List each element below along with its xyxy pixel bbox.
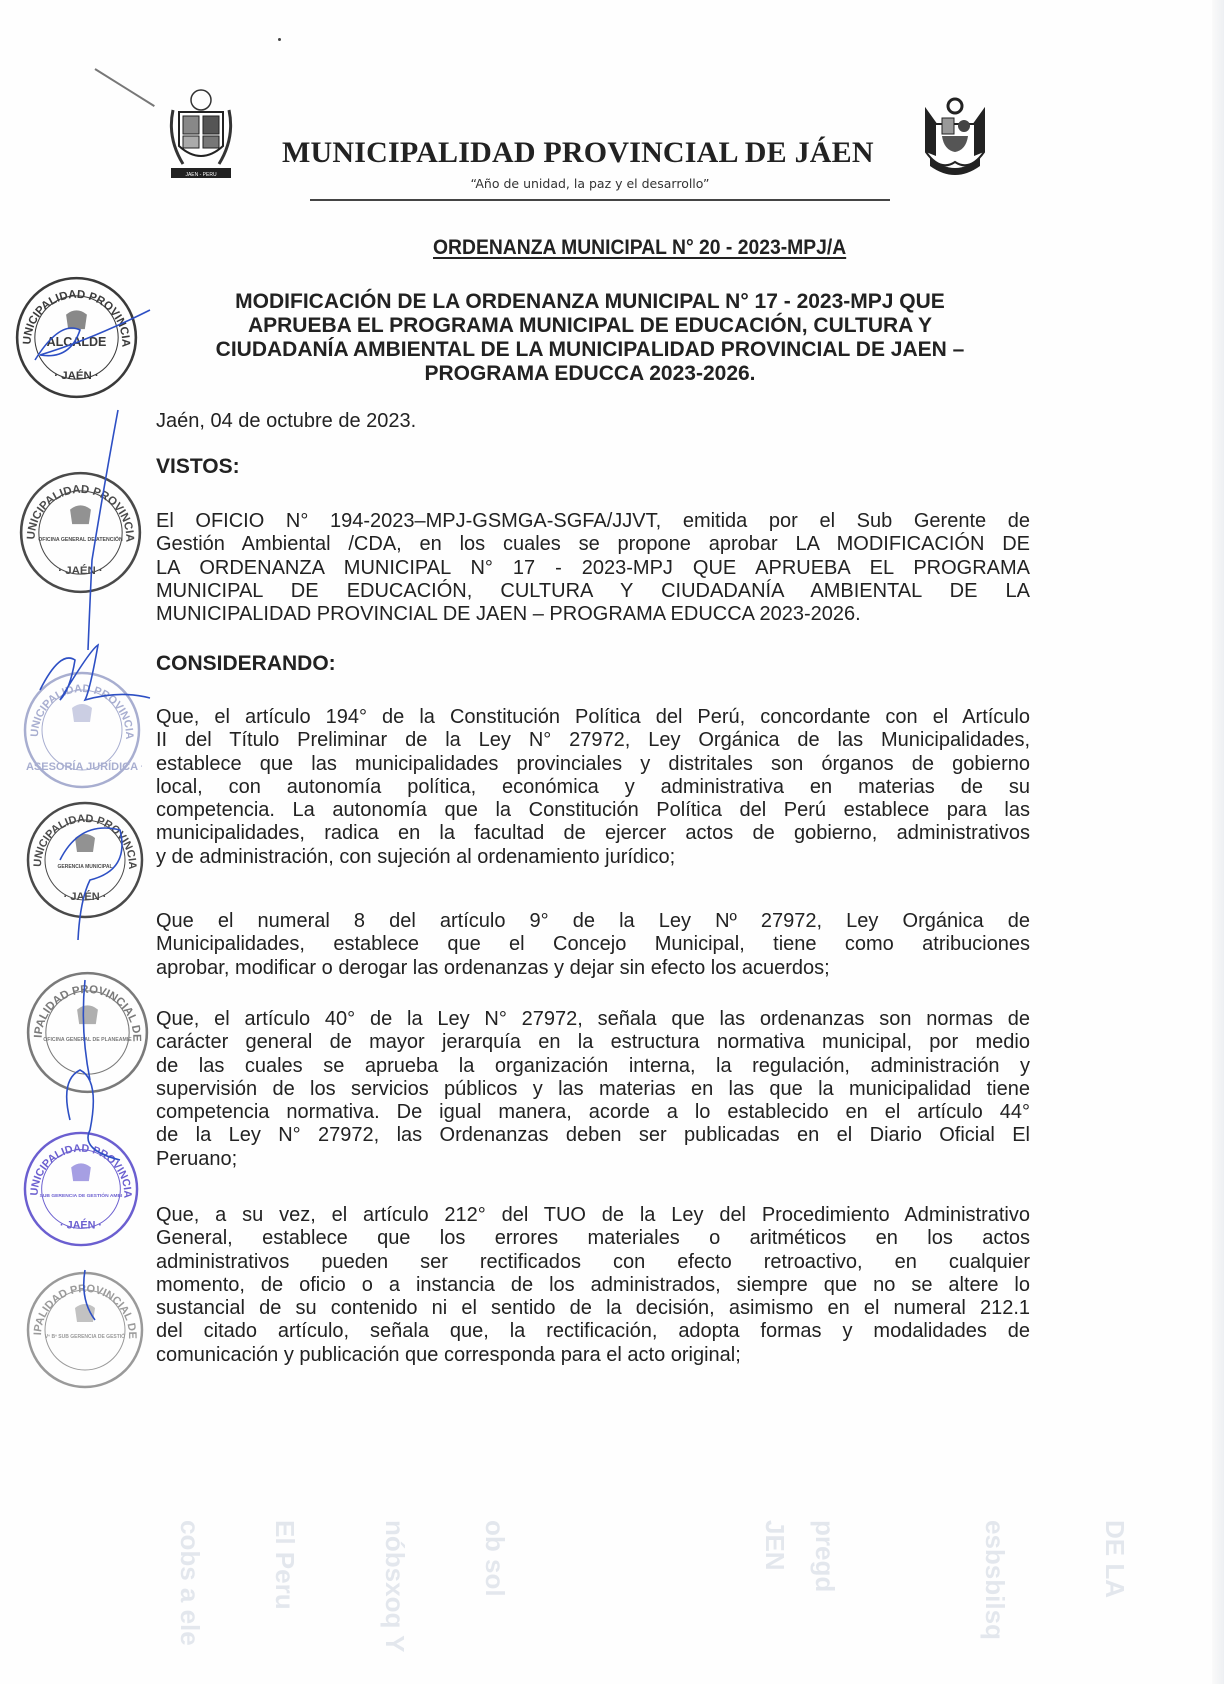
- text-line: comunicación y publicación que correspon…: [156, 1344, 1030, 1367]
- text-line: del citado artículo, señala que, la rect…: [156, 1320, 1030, 1343]
- svg-text:OFICINA GENERAL DE PLANEAMIE: OFICINA GENERAL DE PLANEAMIE: [43, 1037, 132, 1043]
- text-line: sustancial de su contenido ni el sentido…: [156, 1297, 1030, 1320]
- considerando-paragraph-1: Que, el artículo 194° de la Constitución…: [156, 706, 1030, 869]
- national-coat-of-arms-icon: [920, 96, 990, 178]
- seal-stamp: MUNICIPALIDAD PROVINCIALALCALDE· JAÉN ·: [14, 275, 139, 400]
- document-date: Jaén, 04 de octubre de 2023.: [156, 410, 416, 433]
- bleed-through-text: JEN: [759, 1520, 790, 1571]
- svg-text:SUB GERENCIA DE GESTIÓN AMBI: SUB GERENCIA DE GESTIÓN AMBI: [40, 1191, 123, 1199]
- bleed-through-text: esbsbilsq: [979, 1520, 1010, 1640]
- scan-mark: [94, 68, 154, 107]
- svg-text:· ASESORÍA JURÍDICA ·: · ASESORÍA JURÍDICA ·: [22, 760, 142, 773]
- scan-edge: [1212, 0, 1224, 1684]
- bleed-through-text: cobs a ele: [174, 1520, 205, 1646]
- text-line: Gestión Ambiental /CDA, en los cuales se…: [156, 533, 1030, 556]
- bleed-through-text: ob sol: [479, 1520, 510, 1597]
- text-line: administrativos pueden ser rectificados …: [156, 1251, 1030, 1274]
- scan-dot: [278, 38, 281, 41]
- text-line: Que, el artículo 40° de la Ley N° 27972,…: [156, 1008, 1030, 1031]
- text-line: local, con autonomía política, económica…: [156, 776, 1030, 799]
- text-line: carácter general de mayor jerarquía en l…: [156, 1031, 1030, 1054]
- text-line: supervisión de los servicios públicos y …: [156, 1078, 1030, 1101]
- document-page: JAEN - PERU MUNICIPALIDAD PROVINCIAL DE …: [0, 0, 1224, 1684]
- bleed-through-text: El Peru: [269, 1520, 300, 1610]
- seal-stamp: MUNICIPALIDAD PROVINCIAL DE JAÉNOFICINA …: [25, 970, 150, 1095]
- text-line: Que, a su vez, el artículo 212° del TUO …: [156, 1204, 1030, 1227]
- text-line: competencia. La autonomía que la Constit…: [156, 799, 1030, 822]
- text-line: Peruano;: [156, 1148, 1030, 1171]
- institution-name: MUNICIPALIDAD PROVINCIAL DE JÁEN: [282, 136, 912, 170]
- seal-stamp: MUNICIPALIDAD PROVINCIAL DE JAÉNVº Bº SU…: [25, 1270, 145, 1390]
- text-line: de la Ley N° 27972, las Ordenanzas deben…: [156, 1124, 1030, 1147]
- text-line: II del Título Preliminar de la Ley N° 27…: [156, 729, 1030, 752]
- svg-text:JAEN - PERU: JAEN - PERU: [185, 172, 217, 178]
- text-line: MUNICIPALIDAD PROVINCIAL DE JAEN – PROGR…: [156, 603, 1030, 626]
- text-line: y de administración, con sujeción al ord…: [156, 846, 1030, 869]
- text-line: aprobar, modificar o derogar las ordenan…: [156, 957, 1030, 980]
- vistos-paragraph: El OFICIO N° 194-2023–MPJ-GSMGA-SGFA/JJV…: [156, 510, 1030, 626]
- svg-text:Vº Bº SUB GERENCIA DE GESTIÓ: Vº Bº SUB GERENCIA DE GESTIÓ: [45, 1332, 125, 1340]
- text-line: El OFICIO N° 194-2023–MPJ-GSMGA-SGFA/JJV…: [156, 510, 1030, 533]
- text-line: Que, el artículo 194° de la Constitución…: [156, 706, 1030, 729]
- considerando-paragraph-4: Que, a su vez, el artículo 212° del TUO …: [156, 1204, 1030, 1367]
- seal-stamp: MUNICIPALIDAD PROVINCIALSUB GERENCIA DE …: [22, 1130, 140, 1248]
- considerando-heading: CONSIDERANDO:: [156, 652, 336, 676]
- text-line: Municipalidades, establece que el Concej…: [156, 933, 1030, 956]
- subject-line: CIUDADANÍA AMBIENTAL DE LA MUNICIPALIDAD…: [150, 338, 1030, 362]
- text-line: MUNICIPAL DE EDUCACIÓN, CULTURA Y CIUDAD…: [156, 580, 1030, 603]
- municipal-crest-icon: JAEN - PERU: [165, 88, 237, 183]
- text-line: LA ORDENANZA MUNICIPAL N° 17 - 2023-MPJ …: [156, 557, 1030, 580]
- text-line: competencia normativa. De igual manera, …: [156, 1101, 1030, 1124]
- svg-text:OFICINA GENERAL DE ATENCIÓN: OFICINA GENERAL DE ATENCIÓN: [38, 535, 123, 543]
- text-line: municipalidades, radica en la facultad d…: [156, 822, 1030, 845]
- seal-stamp: MUNICIPALIDAD PROVINCIALGERENCIA MUNICIP…: [25, 800, 145, 920]
- text-line: General, establece que los errores mater…: [156, 1227, 1030, 1250]
- vistos-heading: VISTOS:: [156, 455, 240, 479]
- bleed-through-text: DE LA: [1099, 1520, 1130, 1598]
- svg-text:· JAÉN ·: · JAÉN ·: [64, 890, 107, 903]
- text-line: establece que las municipalidades provin…: [156, 753, 1030, 776]
- svg-text:· JAÉN ·: · JAÉN ·: [58, 564, 102, 577]
- svg-text:· JAÉN ·: · JAÉN ·: [60, 1218, 102, 1231]
- considerando-paragraph-2: Que el numeral 8 del artículo 9° de la L…: [156, 910, 1030, 980]
- institution-motto: “Año de unidad, la paz y el desarrollo”: [400, 176, 780, 191]
- header-divider: [310, 199, 890, 201]
- svg-text:ALCALDE: ALCALDE: [47, 335, 107, 349]
- text-line: momento, de oficio o a instancia de los …: [156, 1274, 1030, 1297]
- text-line: de las cuales se aprueba la organización…: [156, 1055, 1030, 1078]
- seal-stamp: MUNICIPALIDAD PROVINCIAL· ASESORÍA JURÍD…: [22, 670, 142, 790]
- bleed-through-text: pregd: [809, 1520, 840, 1592]
- subject-line: PROGRAMA EDUCCA 2023-2026.: [150, 362, 1030, 386]
- ordinance-subject: MODIFICACIÓN DE LA ORDENANZA MUNICIPAL N…: [150, 290, 1030, 386]
- svg-text:GERENCIA MUNICIPAL: GERENCIA MUNICIPAL: [58, 864, 113, 870]
- subject-line: APRUEBA EL PROGRAMA MUNICIPAL DE EDUCACI…: [150, 314, 1030, 338]
- bleed-through-text: nóbsxoq Y: [379, 1520, 410, 1652]
- ordinance-number: ORDENANZA MUNICIPAL N° 20 - 2023-MPJ/A: [49, 236, 1175, 260]
- considerando-paragraph-3: Que, el artículo 40° de la Ley N° 27972,…: [156, 1008, 1030, 1171]
- seal-stamp: MUNICIPALIDAD PROVINCIALOFICINA GENERAL …: [18, 470, 143, 595]
- svg-text:· JAÉN ·: · JAÉN ·: [54, 369, 98, 382]
- text-line: Que el numeral 8 del artículo 9° de la L…: [156, 910, 1030, 933]
- subject-line: MODIFICACIÓN DE LA ORDENANZA MUNICIPAL N…: [150, 290, 1030, 314]
